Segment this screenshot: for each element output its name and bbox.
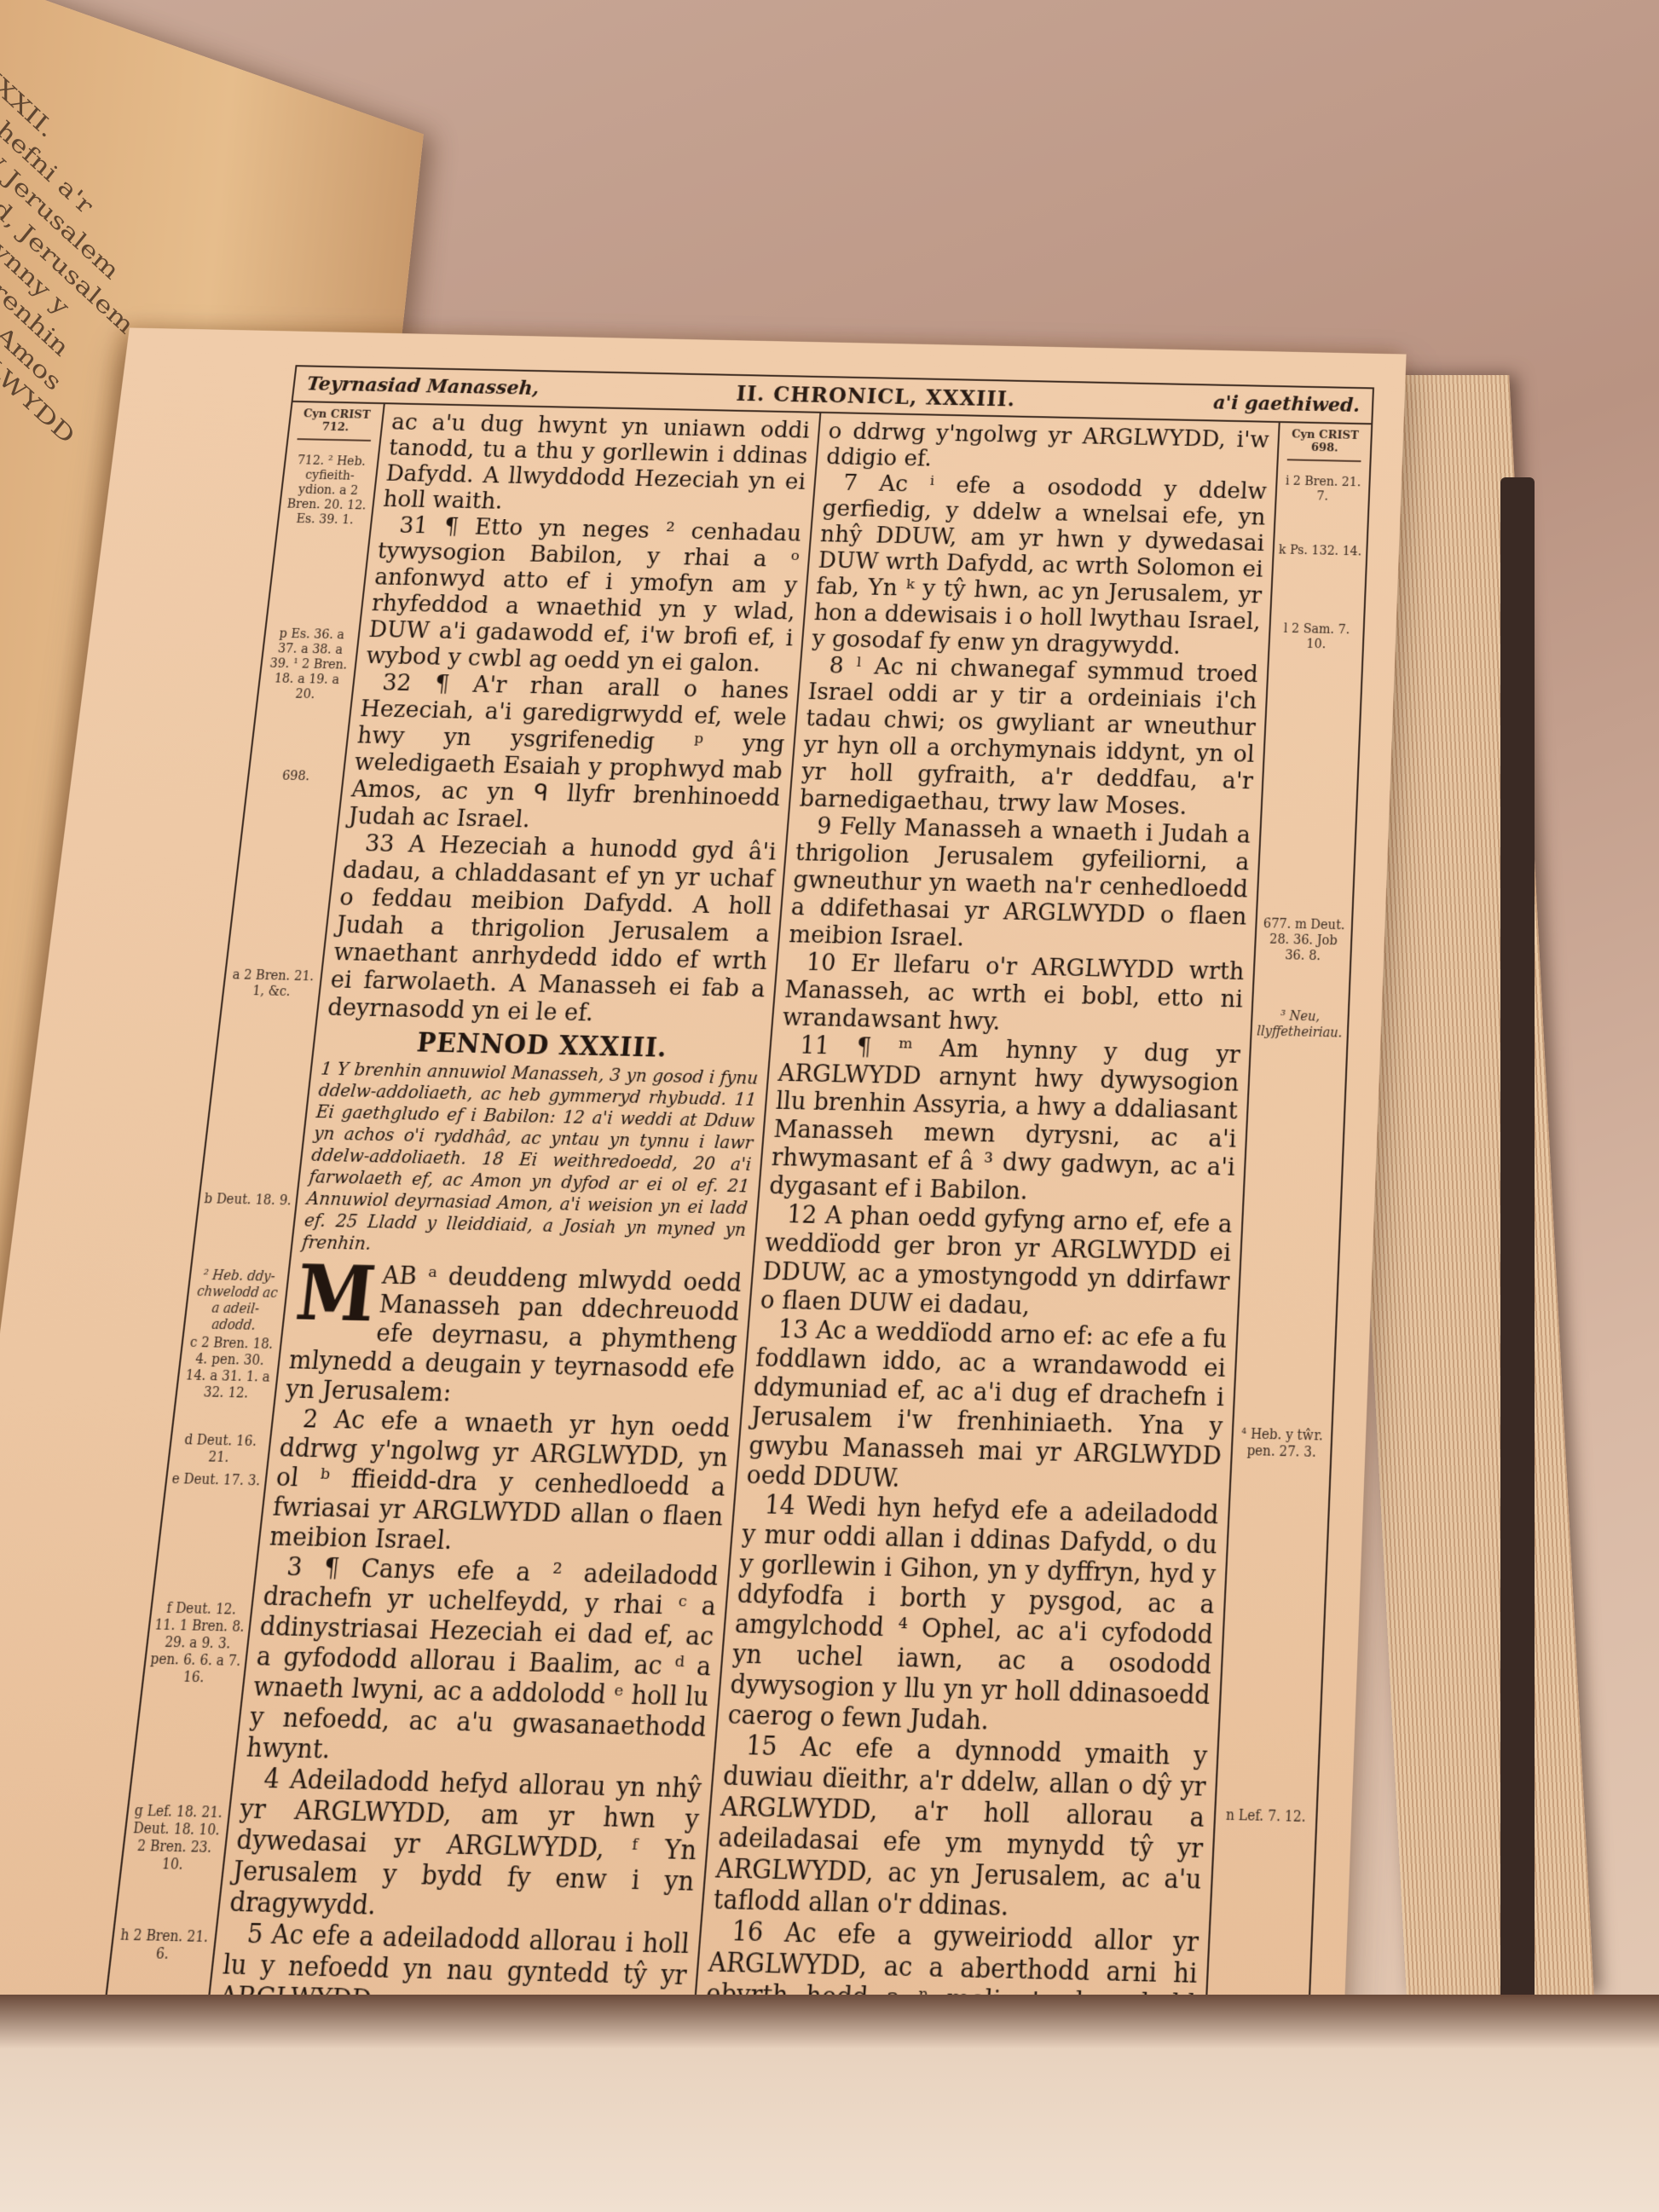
verse-11: 11 ¶ ᵐ Am hynny y dug yr ARGLWYDD arnynt… — [768, 1031, 1240, 1210]
verse-12: 12 A phan oedd gyfyng arno ef, efe a wed… — [760, 1200, 1234, 1325]
verse-continuation: ac a'u dug hwynt yn uniawn oddi tanodd, … — [382, 409, 811, 521]
book-cover-edge — [1500, 477, 1535, 2012]
verse-continuation: o ddrwg y'ngolwg yr ARGLWYDD, i'w ddigio… — [825, 419, 1269, 479]
verse-14: 14 Wedi hyn hefyd efe a adeiladodd y mur… — [726, 1490, 1219, 1741]
margin-note: c 2 Bren. 18. 4. pen. 30. 14. a 31. 1. a… — [180, 1335, 277, 1403]
margin-note: ⁴ Heb. y tŵr. pen. 27. 3. — [1236, 1426, 1327, 1461]
verse-2: 2 Ac efe a wnaeth yr hyn oedd ddrwg y'ng… — [269, 1404, 731, 1562]
margin-note: p Es. 36. a 37. a 38. a 39. ¹ 2 Bren. 18… — [262, 627, 355, 703]
margin-note: k Ps. 132. 14. — [1277, 543, 1362, 559]
verse-8: 8 ˡ Ac ni chwanegaf symmud troed Israel … — [799, 652, 1259, 822]
drop-cap: M — [293, 1263, 379, 1326]
margin-note: n Lef. 7. 12. — [1219, 1807, 1312, 1827]
verse-31: 31 ¶ Etto yn neges ² cenhadau tywysogion… — [365, 512, 802, 679]
margin-note: ² Heb. ddy-chwelodd ac a adeil-adodd. — [188, 1268, 285, 1335]
margin-note: 712. ² Heb. cyfieith-ydion. a 2 Bren. 20… — [282, 453, 375, 528]
margin-note: f Deut. 12. 11. 1 Bren. 8. 29. a 9. 3. p… — [147, 1600, 247, 1688]
chapter-title: PENNOD XXXIII. — [322, 1027, 761, 1065]
margin-note: ³ Neu, llyffetheiriau. — [1255, 1008, 1344, 1042]
chapter-summary: 1 Y brenhin annuwiol Manasseh, 3 yn goso… — [301, 1059, 759, 1263]
era-label: Cyn CRIST 712. — [297, 407, 374, 442]
margin-note: a 2 Bren. 21. 1, &c. — [227, 967, 317, 1001]
running-head-right: a'i gaethiwed. — [1213, 391, 1361, 416]
margin-note: h 2 Bren. 21. 6. — [115, 1927, 212, 1965]
verse-7: 7 Ac ⁱ efe a osododd y ddelw gerfiedig, … — [811, 470, 1267, 661]
verse-3: 3 ¶ Canys efe a ² adeiladodd drachefn yr… — [245, 1552, 720, 1774]
table-surface — [0, 1995, 1659, 2212]
margin-note: b Deut. 18. 9. — [203, 1192, 293, 1210]
bible-page: Teyrnasiad Manasseh, II. CHRONICL, XXXII… — [0, 328, 1407, 2197]
verse-33: 33 A Hezeciah a hunodd gyd â'i dadau, a … — [327, 829, 777, 1031]
margin-note: g Lef. 18. 21. Deut. 18. 10. 2 Bren. 23.… — [125, 1803, 226, 1875]
verse-15: 15 Ac efe a dynnodd ymaith y duwiau dïei… — [712, 1730, 1208, 1927]
verse-9: 9 Felly Manasseh a wnaeth i Judah a thri… — [788, 812, 1251, 958]
margin-note: 677. m Deut. 28. 36. Job 36. 8. — [1259, 916, 1348, 965]
margin-note: e Deut. 17. 3. — [170, 1471, 262, 1490]
era-label: Cyn CRIST 698. — [1287, 428, 1362, 462]
verse-4: 4 Adeiladodd hefyd allorau yn nhŷ yr ARG… — [228, 1764, 703, 1929]
verse-10: 10 Er llefaru o'r ARGLWYDD wrth Manasseh… — [782, 949, 1246, 1042]
margin-note: d Deut. 16. 21. — [172, 1432, 266, 1467]
verse-13: 13 Ac a weddïodd arno ef: ac efe a fu fo… — [746, 1314, 1228, 1500]
verse-32: 32 ¶ A'r rhan arall o hanes Hezeciah, a'… — [347, 669, 789, 839]
margin-note: l 2 Sam. 7. 10. — [1273, 621, 1360, 653]
margin-note: i 2 Bren. 21. 7. — [1280, 474, 1365, 505]
page-frame: Teyrnasiad Manasseh, II. CHRONICL, XXXII… — [103, 365, 1374, 2039]
running-head-left: Teyrnasiad Manasseh, — [306, 373, 540, 399]
running-head-title: II. CHRONICL, XXXIII. — [736, 380, 1017, 411]
margin-note: 698. — [252, 768, 340, 785]
